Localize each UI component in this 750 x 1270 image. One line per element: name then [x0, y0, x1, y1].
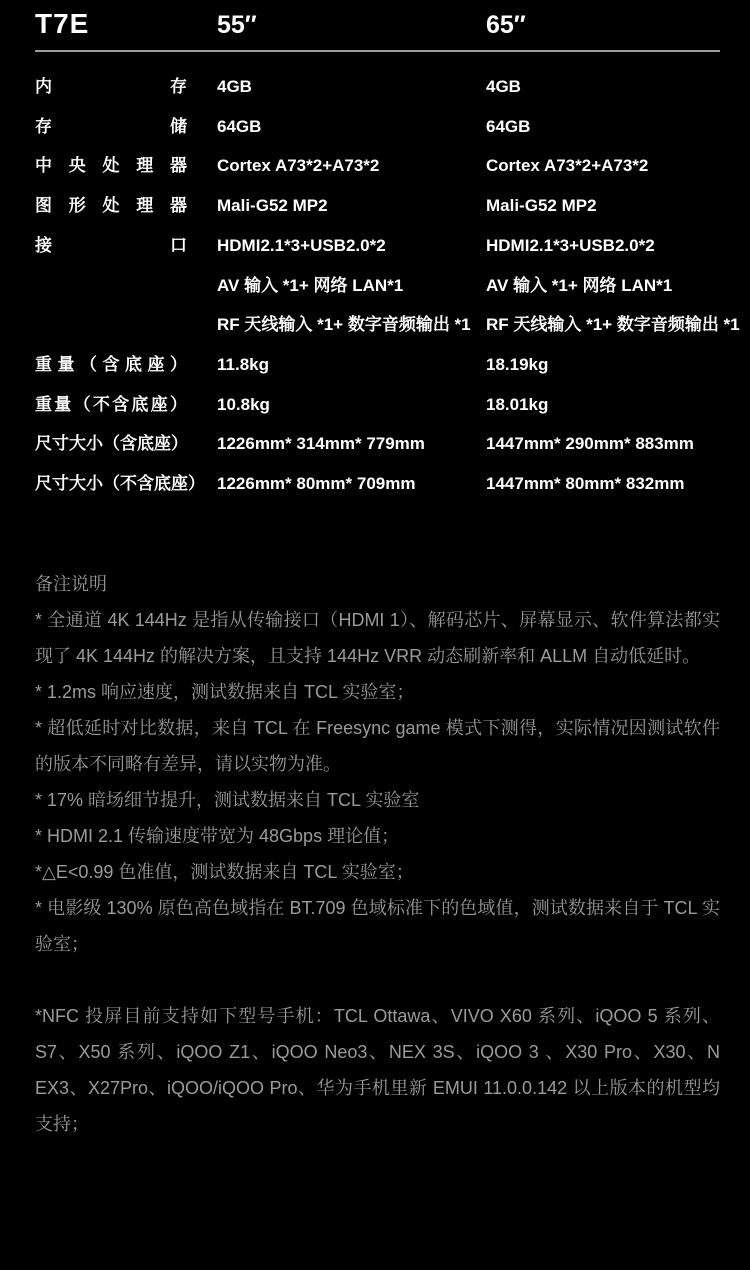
column-header-65-inch: 65″: [486, 11, 526, 40]
spec-label: 图形处理器: [35, 186, 187, 226]
spec-value-65: 1447mm* 80mm* 832mm: [486, 464, 720, 504]
spec-value-65: 64GB: [486, 107, 720, 147]
spec-value-55: 4GB: [217, 67, 486, 107]
note-item-4k144hz: * 全通道 4K 144Hz 是指从传输接口（HDMI 1）、解码芯片、屏幕显示…: [35, 602, 720, 674]
spec-value-65: 18.01kg: [486, 385, 720, 425]
spec-label: 内存: [35, 67, 187, 107]
spec-value-55: RF 天线输入 *1+ 数字音频输出 *1: [217, 305, 486, 345]
spec-value-55: 11.8kg: [217, 345, 486, 385]
spec-row-gpu: 图形处理器 Mali-G52 MP2 Mali-G52 MP2: [35, 186, 720, 226]
spec-row-weight-without-stand: 重量（不含底座） 10.8kg 18.01kg: [35, 385, 720, 425]
spec-value-55: 1226mm* 314mm* 779mm: [217, 424, 486, 464]
spec-label: 中央处理器: [35, 146, 187, 186]
spec-row-ports-line2: AV 输入 *1+ 网络 LAN*1 AV 输入 *1+ 网络 LAN*1: [35, 266, 720, 306]
spec-value-55: 64GB: [217, 107, 486, 147]
spec-label: [35, 266, 187, 306]
note-item-dark-detail: * 17% 暗场细节提升，测试数据来自 TCL 实验室: [35, 782, 720, 818]
spec-value-55: 1226mm* 80mm* 709mm: [217, 464, 486, 504]
spec-value-65: AV 输入 *1+ 网络 LAN*1: [486, 266, 720, 306]
column-header-55-inch: 55″: [217, 11, 257, 40]
spec-sheet-page: T7E 55″ 65″ 内存 4GB 4GB 存储 64GB 64GB 中央处理…: [0, 0, 750, 1142]
spec-table: 内存 4GB 4GB 存储 64GB 64GB 中央处理器 Cortex A73…: [35, 67, 720, 504]
notes-title: 备注说明: [35, 566, 720, 602]
note-item-color-gamut: * 电影级 130% 原色高色域指在 BT.709 色域标准下的色域值，测试数据…: [35, 890, 720, 962]
spec-label: 重量（含底座）: [35, 345, 187, 385]
spec-value-65: 1447mm* 290mm* 883mm: [486, 424, 720, 464]
spec-value-55: HDMI2.1*3+USB2.0*2: [217, 226, 486, 266]
spec-value-65: Mali-G52 MP2: [486, 186, 720, 226]
notes-section: 备注说明 * 全通道 4K 144Hz 是指从传输接口（HDMI 1）、解码芯片…: [35, 566, 720, 1142]
spec-label: [35, 305, 187, 345]
product-model: T7E: [35, 8, 89, 40]
spec-value-65: 18.19kg: [486, 345, 720, 385]
spec-value-65: HDMI2.1*3+USB2.0*2: [486, 226, 720, 266]
spec-header: T7E 55″ 65″: [35, 0, 720, 52]
spec-label: 接口: [35, 226, 187, 266]
spec-label: 重量（不含底座）: [35, 385, 187, 425]
spec-row-ports: 接口 HDMI2.1*3+USB2.0*2 HDMI2.1*3+USB2.0*2: [35, 226, 720, 266]
spec-row-size-with-stand: 尺寸大小（含底座） 1226mm* 314mm* 779mm 1447mm* 2…: [35, 424, 720, 464]
spec-row-size-without-stand: 尺寸大小（不含底座） 1226mm* 80mm* 709mm 1447mm* 8…: [35, 464, 720, 504]
note-item-delta-e: *△E<0.99 色准值，测试数据来自 TCL 实验室；: [35, 854, 720, 890]
spec-value-65: 4GB: [486, 67, 720, 107]
spec-row-ports-line3: RF 天线输入 *1+ 数字音频输出 *1 RF 天线输入 *1+ 数字音频输出…: [35, 305, 720, 345]
spec-value-55: Mali-G52 MP2: [217, 186, 486, 226]
note-item-response-time: * 1.2ms 响应速度，测试数据来自 TCL 实验室；: [35, 674, 720, 710]
note-item-hdmi-bandwidth: * HDMI 2.1 传输速度带宽为 48Gbps 理论值；: [35, 818, 720, 854]
spec-value-55: Cortex A73*2+A73*2: [217, 146, 486, 186]
spec-row-cpu: 中央处理器 Cortex A73*2+A73*2 Cortex A73*2+A7…: [35, 146, 720, 186]
spec-row-weight-with-stand: 重量（含底座） 11.8kg 18.19kg: [35, 345, 720, 385]
note-item-nfc-support: *NFC 投屏目前支持如下型号手机：TCL Ottawa、VIVO X60 系列…: [35, 998, 720, 1142]
spec-value-65: RF 天线输入 *1+ 数字音频输出 *1: [486, 305, 740, 345]
spec-value-55: 10.8kg: [217, 385, 486, 425]
spec-value-55: AV 输入 *1+ 网络 LAN*1: [217, 266, 486, 306]
spec-row-storage: 存储 64GB 64GB: [35, 107, 720, 147]
spec-row-memory: 内存 4GB 4GB: [35, 67, 720, 107]
spec-label: 存储: [35, 107, 187, 147]
note-item-low-latency: * 超低延时对比数据，来自 TCL 在 Freesync game 模式下测得，…: [35, 710, 720, 782]
spec-label: 尺寸大小（不含底座）: [35, 464, 187, 504]
spec-value-65: Cortex A73*2+A73*2: [486, 146, 720, 186]
spec-label: 尺寸大小（含底座）: [35, 424, 187, 464]
